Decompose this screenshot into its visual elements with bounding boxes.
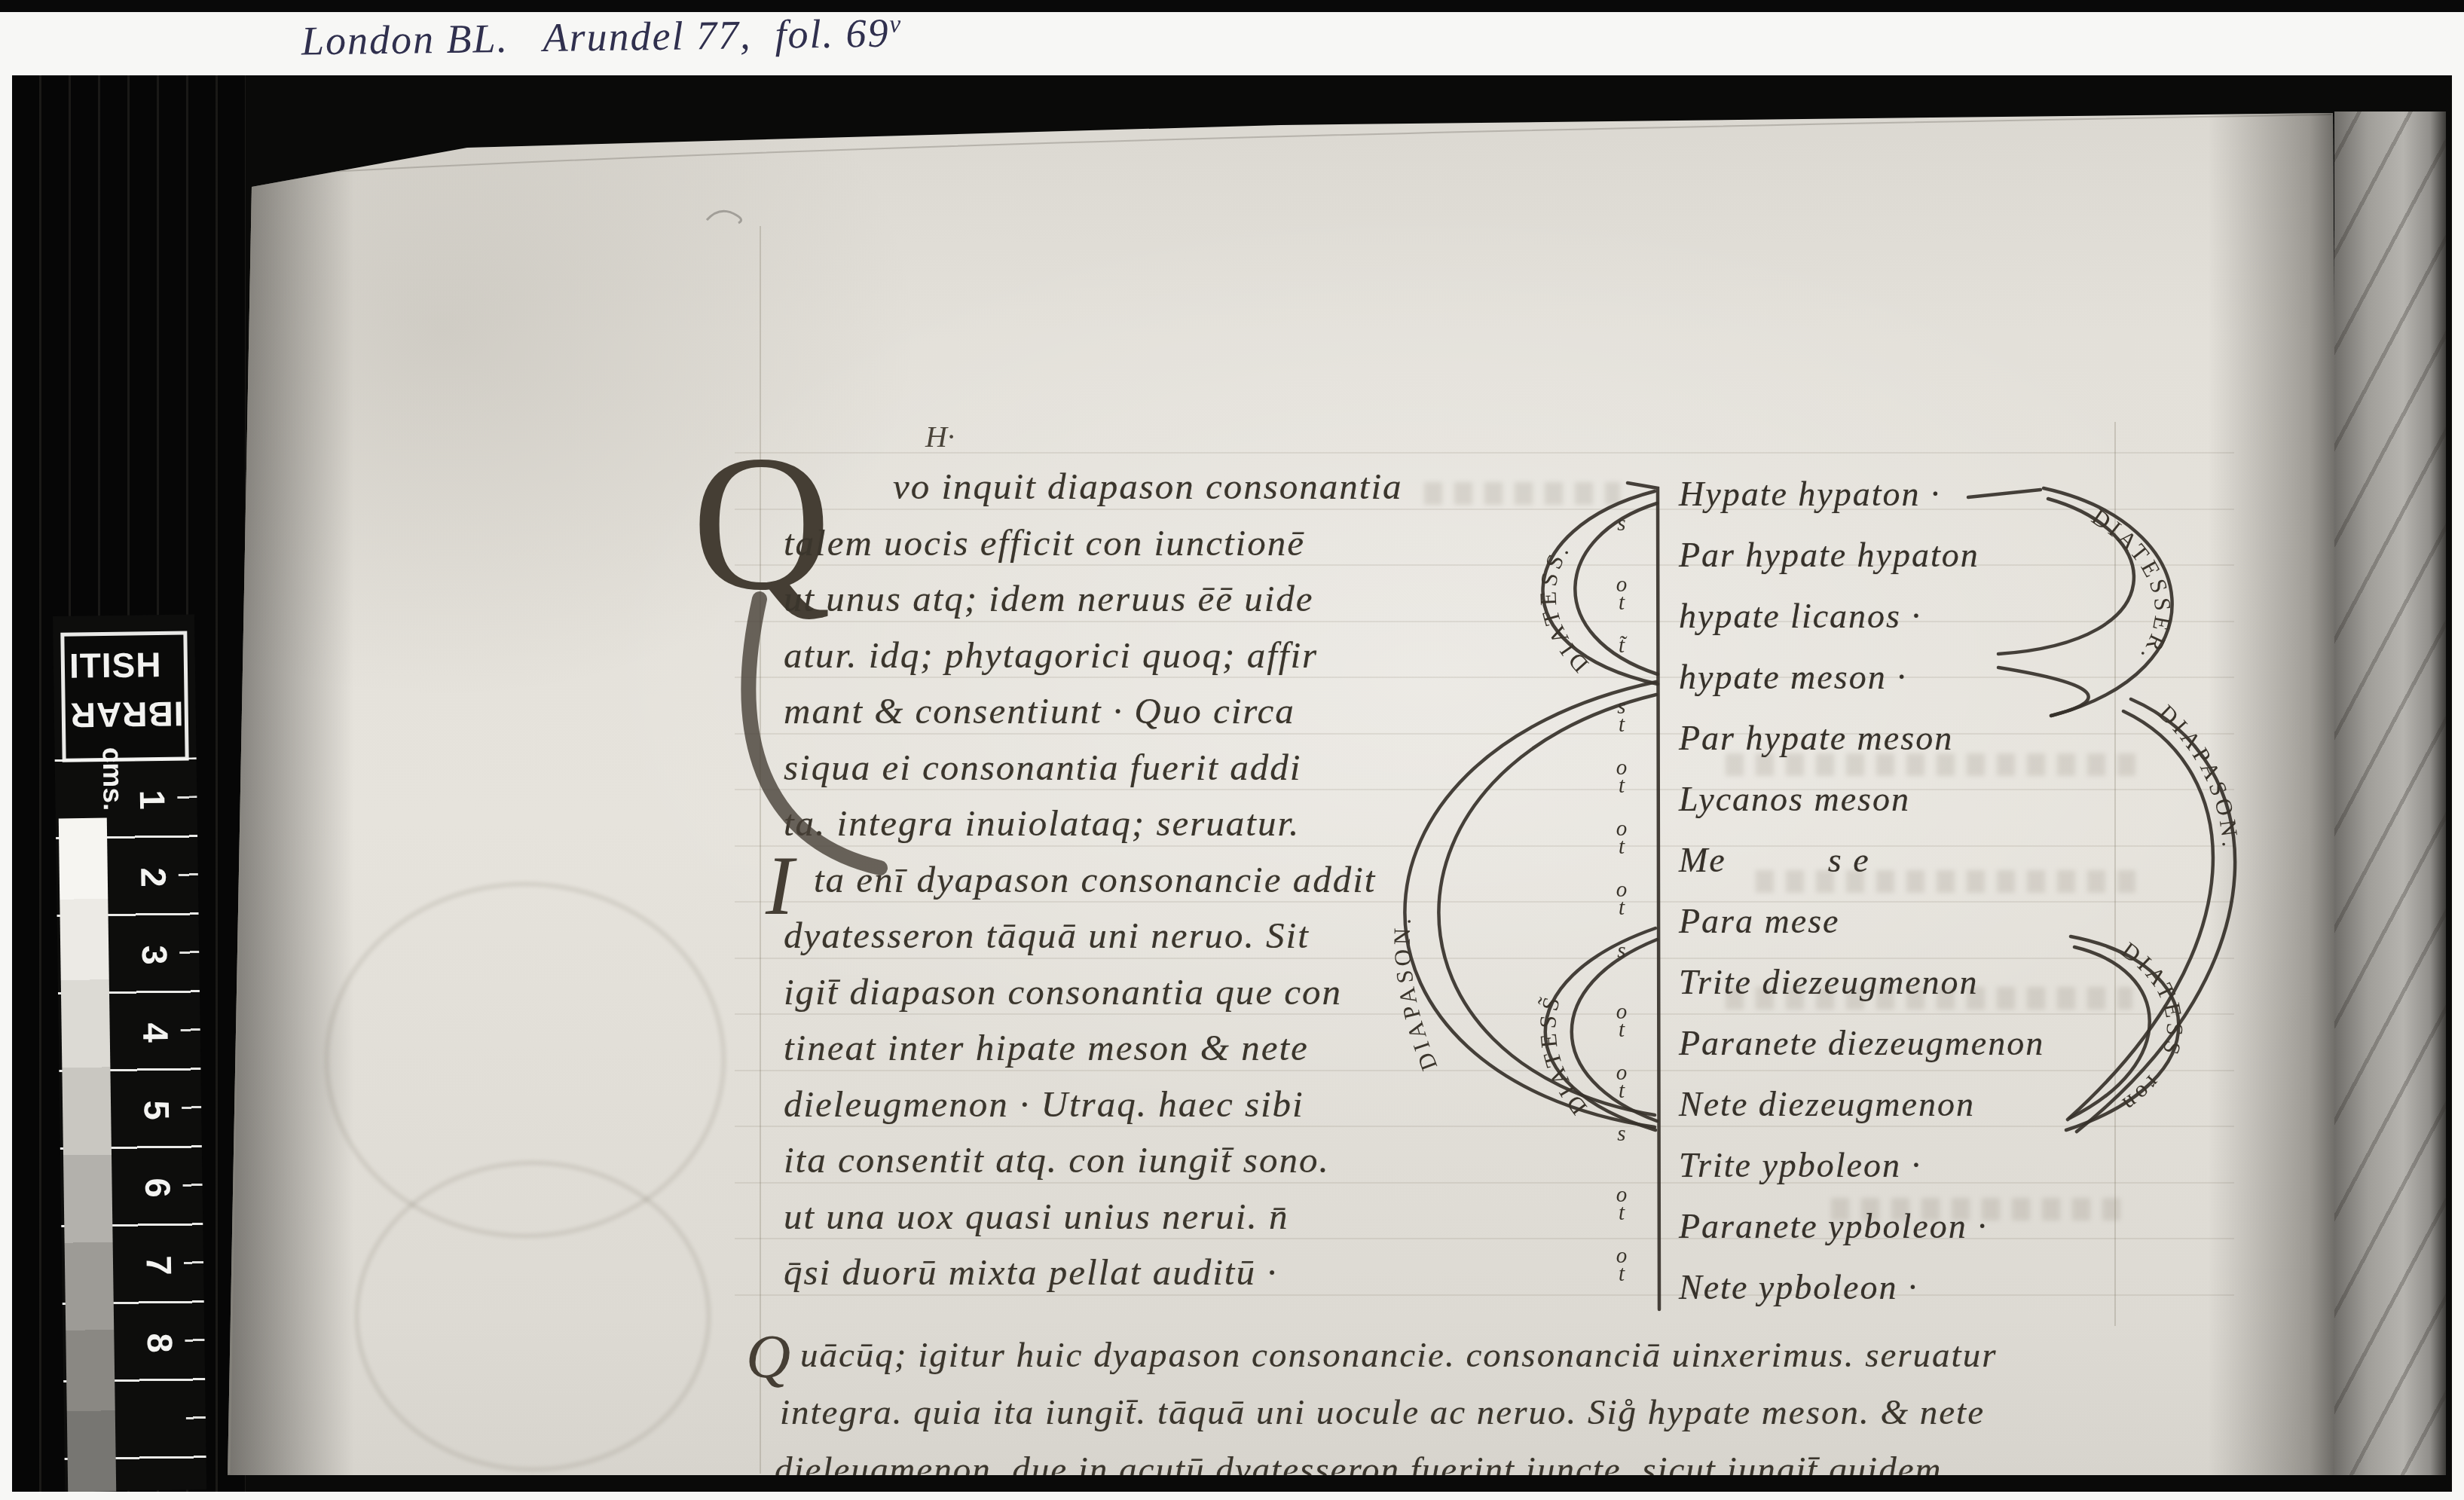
initial-q-tail <box>748 599 880 868</box>
ruler-number: 3 <box>134 945 176 965</box>
arc-label-diatess-left-inner: DIATESS̃ <box>1534 991 1592 1120</box>
note-column-rule <box>1628 483 1659 1309</box>
svg-text:DIATESS: DIATESS <box>2117 936 2188 1062</box>
ruler-number: 8 <box>139 1333 181 1353</box>
gutter-shadow <box>2208 105 2343 1499</box>
annotation-text: London BL. Arundel 77, fol. 69 <box>301 11 890 64</box>
svg-text:DIAPASON.: DIAPASON. <box>1389 913 1443 1074</box>
facing-page-edge <box>2334 112 2446 1475</box>
consonance-diagram: DIATESS. DIAPASON. DIATESS̃ DIATESSER. D… <box>0 0 2464 1500</box>
annotation-superscript: v <box>889 10 902 38</box>
british-library-label-line1: ITISH <box>69 644 162 686</box>
ruler-number: 5 <box>136 1100 178 1120</box>
ruler-number: 1 <box>132 790 173 810</box>
arc-label-diapason-left: DIAPASON. <box>1389 913 1443 1074</box>
scan-top-edge <box>0 0 2464 12</box>
ruler-number: 2 <box>133 867 174 887</box>
ruler-number: 6 <box>137 1178 179 1198</box>
svg-text:DIATESS̃: DIATESS̃ <box>1534 991 1592 1120</box>
manuscript-photo-scan: London BL. Arundel 77, fol. 69v Q H· I Q… <box>0 0 2464 1500</box>
arc-label-diatess-right-lower: DIATESS <box>2117 936 2188 1062</box>
curator-annotation: London BL. Arundel 77, fol. 69v <box>301 9 903 64</box>
british-library-label: ITISH LIBRAR <box>60 631 188 762</box>
grayscale-step-wedge <box>59 818 116 1492</box>
pencil-mark <box>707 211 741 223</box>
ruler-number: 4 <box>135 1022 176 1043</box>
parchment-page: Q H· I Q vo inquit diapason consonantiat… <box>0 0 2464 1500</box>
scan-bottom-edge <box>0 1492 2464 1500</box>
ruler-number: 7 <box>138 1255 179 1275</box>
british-library-label-line2: LIBRAR <box>69 693 188 736</box>
